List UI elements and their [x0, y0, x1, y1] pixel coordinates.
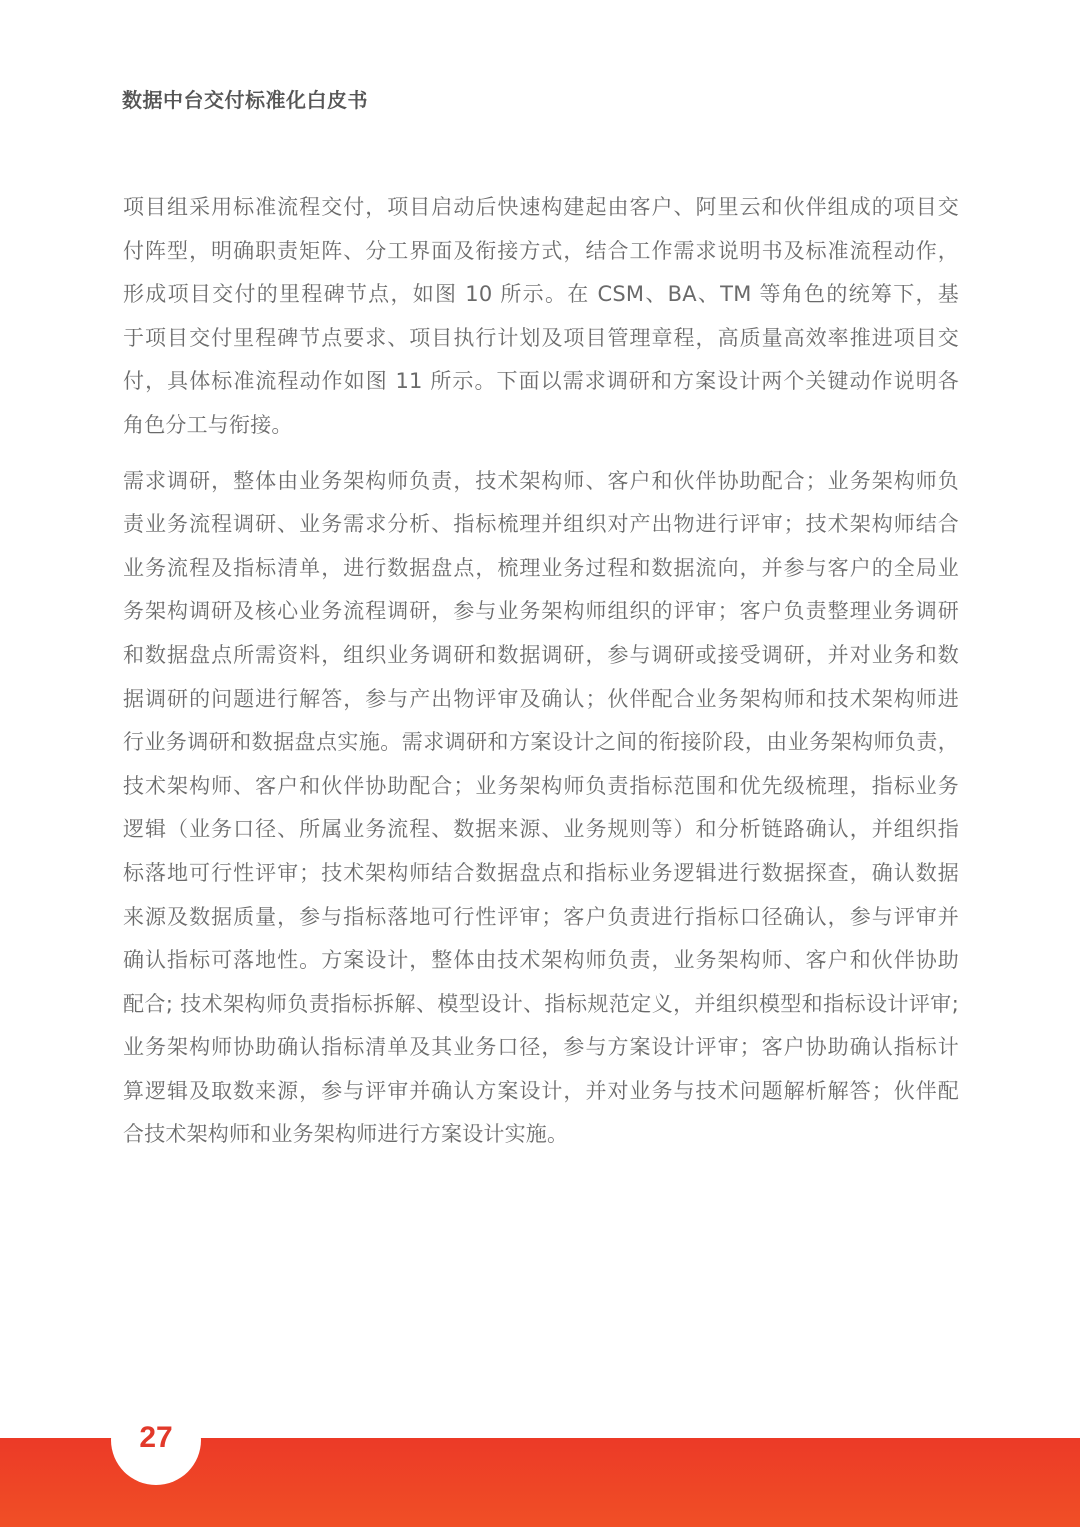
text-line: 业务架构师协助确认指标清单及其业务口径，参与方案设计评审；客户协助确认指标计: [123, 1026, 959, 1070]
text-line: 需求调研，整体由业务架构师负责，技术架构师、客户和伙伴协助配合；业务架构师负: [123, 460, 959, 504]
text-line: 据调研的问题进行解答，参与产出物评审及确认；伙伴配合业务架构师和技术架构师进: [123, 678, 959, 722]
text-line: 逻辑（业务口径、所属业务流程、数据来源、业务规则等）和分析链路确认，并组织指: [123, 808, 959, 852]
text-line: 技术架构师、客户和伙伴协助配合；业务架构师负责指标范围和优先级梳理，指标业务: [123, 765, 959, 809]
paragraph-2: 需求调研，整体由业务架构师负责，技术架构师、客户和伙伴协助配合；业务架构师负 责…: [123, 460, 959, 1158]
text-line: 付，具体标准流程动作如图 11 所示。下面以需求调研和方案设计两个关键动作说明各: [123, 360, 959, 404]
page-number: 27: [111, 1421, 201, 1455]
body-content: 项目组采用标准流程交付，项目启动后快速构建起由客户、阿里云和伙伴组成的项目交 付…: [123, 186, 959, 1169]
text-line: 算逻辑及取数来源，参与评审并确认方案设计，并对业务与技术问题解析解答；伙伴配: [123, 1070, 959, 1114]
paragraph-1: 项目组采用标准流程交付，项目启动后快速构建起由客户、阿里云和伙伴组成的项目交 付…: [123, 186, 959, 448]
text-line: 配合; 技术架构师负责指标拆解、模型设计、指标规范定义，并组织模型和指标设计评审…: [123, 983, 959, 1027]
text-line: 形成项目交付的里程碑节点，如图 10 所示。在 CSM、BA、TM 等角色的统筹…: [123, 273, 959, 317]
document-header-title: 数据中台交付标准化白皮书: [122, 84, 368, 113]
text-line: 责业务流程调研、业务需求分析、指标梳理并组织对产出物进行评审；技术架构师结合: [123, 503, 959, 547]
text-line: 确认指标可落地性。方案设计，整体由技术架构师负责，业务架构师、客户和伙伴协助: [123, 939, 959, 983]
text-line: 务架构调研及核心业务流程调研，参与业务架构师组织的评审；客户负责整理业务调研: [123, 590, 959, 634]
text-line: 项目组采用标准流程交付，项目启动后快速构建起由客户、阿里云和伙伴组成的项目交: [123, 186, 959, 230]
text-line: 业务流程及指标清单，进行数据盘点，梳理业务过程和数据流向，并参与客户的全局业: [123, 547, 959, 591]
text-line: 于项目交付里程碑节点要求、项目执行计划及项目管理章程，高质量高效率推进项目交: [123, 317, 959, 361]
text-line: 来源及数据质量，参与指标落地可行性评审；客户负责进行指标口径确认，参与评审并: [123, 896, 959, 940]
text-line: 付阵型，明确职责矩阵、分工界面及衔接方式，结合工作需求说明书及标准流程动作，: [123, 230, 959, 274]
text-line: 和数据盘点所需资料，组织业务调研和数据调研，参与调研或接受调研，并对业务和数: [123, 634, 959, 678]
text-line: 行业务调研和数据盘点实施。需求调研和方案设计之间的衔接阶段，由业务架构师负责，: [123, 721, 959, 765]
text-line: 标落地可行性评审；技术架构师结合数据盘点和指标业务逻辑进行数据探查，确认数据: [123, 852, 959, 896]
text-line: 合技术架构师和业务架构师进行方案设计实施。: [123, 1113, 959, 1157]
text-line: 角色分工与衔接。: [123, 404, 959, 448]
